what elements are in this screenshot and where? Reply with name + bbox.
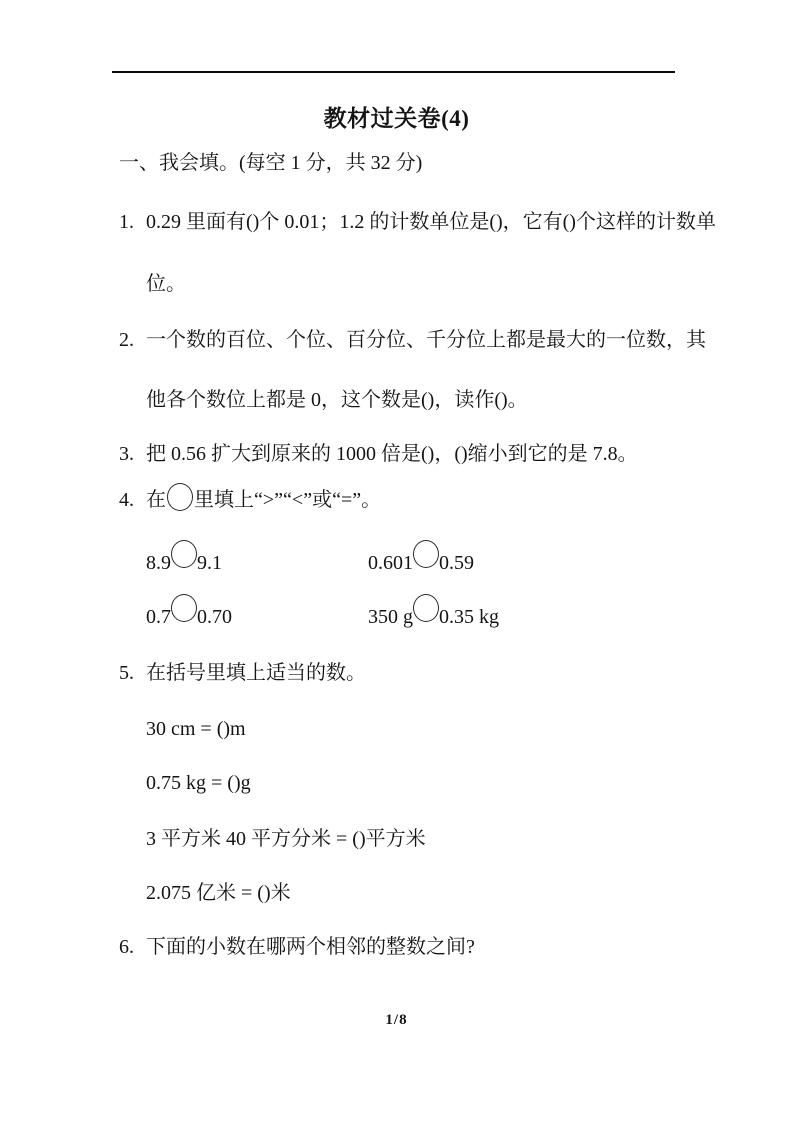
right-value: 9.1 [197,552,222,574]
blank-circle [167,483,193,511]
left-value: 8.9 [146,552,171,574]
question-1-number: 1. [119,209,146,235]
question-3: 3.把 0.56 扩大到原来的 1000 倍是()，()缩小到它的是 7.8。 [119,441,638,467]
question-2-number: 2. [119,327,146,353]
right-value: 0.35 kg [439,606,499,628]
comparison-circle [413,594,439,622]
left-value: 0.601 [368,552,413,574]
question-4-text-prefix: 在 [146,489,166,511]
question-5-item-2: 0.75 kg = ()g [146,770,251,796]
question-3-number: 3. [119,441,146,467]
comparison-circle [171,594,197,622]
question-1-line-1: 1.0.29 里面有()个 0.01；1.2 的计数单位是()，它有()个这样的… [119,209,716,235]
right-value: 0.70 [197,606,232,628]
page-title: 教材过关卷(4) [0,100,793,133]
question-2-line-1: 2.一个数的百位、个位、百分位、千分位上都是最大的一位数，其 [119,327,706,353]
question-5-text: 在括号里填上适当的数。 [146,662,366,684]
section-heading: 一、我会填。(每空 1 分，共 32 分) [119,150,422,176]
question-6-number: 6. [119,934,146,960]
worksheet-page: 教材过关卷(4) 一、我会填。(每空 1 分，共 32 分) 1.0.29 里面… [0,0,793,1122]
question-4-number: 4. [119,487,146,513]
question-2-line-2: 他各个数位上都是 0，这个数是()，读作()。 [146,387,528,413]
header-divider [112,71,675,73]
left-value: 350 g [368,606,413,628]
question-4: 4.在里填上“>”“<”或“=”。 [119,483,381,513]
question-5-item-1: 30 cm = ()m [146,716,246,742]
right-value: 0.59 [439,552,474,574]
page-number: 1/8 [0,1012,793,1029]
question-2-text: 一个数的百位、个位、百分位、千分位上都是最大的一位数，其 [146,329,706,351]
comparison-circle [171,540,197,568]
left-value: 0.7 [146,606,171,628]
question-1-line-2: 位。 [146,271,186,297]
question-6-text: 下面的小数在哪两个相邻的整数之间? [146,936,475,958]
comparison-pair: 0.6010.59 [368,540,474,576]
comparison-pair: 0.70.70 [146,594,232,630]
question-5: 5.在括号里填上适当的数。 [119,660,366,686]
question-6: 6.下面的小数在哪两个相邻的整数之间? [119,934,475,960]
comparison-pair: 350 g0.35 kg [368,594,499,630]
comparison-pair: 8.99.1 [146,540,222,576]
question-4-text-suffix: 里填上“>”“<”或“=”。 [194,489,381,511]
question-3-text: 把 0.56 扩大到原来的 1000 倍是()，()缩小到它的是 7.8。 [146,443,638,465]
comparison-circle [413,540,439,568]
question-5-item-4: 2.075 亿米 = ()米 [146,880,291,906]
question-5-number: 5. [119,660,146,686]
question-1-text: 0.29 里面有()个 0.01；1.2 的计数单位是()，它有()个这样的计数… [146,211,716,233]
question-5-item-3: 3 平方米 40 平方分米 = ()平方米 [146,826,426,852]
